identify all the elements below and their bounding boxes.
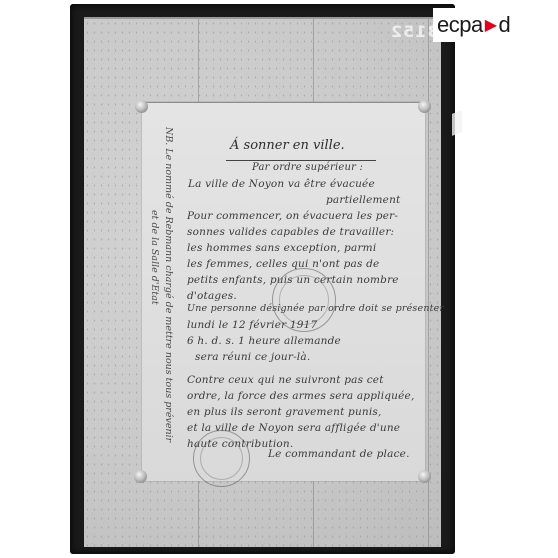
body-line: sera réuni ce jour-là. <box>195 351 310 363</box>
plate-edge-chip <box>452 110 462 136</box>
pin-bottom-left-icon <box>134 470 147 483</box>
body-line: les femmes, celles qui n'ont pas de <box>187 258 379 270</box>
document-title: Á sonner en ville. <box>230 138 345 153</box>
body-line: les hommes sans exception, parmi <box>187 242 376 254</box>
body-line: sonnes valides capables de travailler: <box>187 226 394 238</box>
pin-bottom-right-icon <box>418 470 431 483</box>
pin-top-right-icon <box>418 100 431 113</box>
body-line: 6 h. d. s. 1 heure allemande <box>187 335 341 347</box>
ecpad-logo: ecpa ▶ d <box>433 8 558 42</box>
body-line: Contre ceux qui ne suivront pas cet <box>187 374 384 386</box>
logo-text-right: d <box>499 12 511 38</box>
pin-top-left-icon <box>135 100 148 113</box>
body-line: Une personne désignée par ordre doit se … <box>187 303 444 314</box>
document-subtitle: Par ordre supérieur : <box>252 162 363 173</box>
margin-note-vertical-2: et de la Salle d'Etat <box>149 210 160 305</box>
body-line: La ville de Noyon va être évacuée <box>188 178 375 190</box>
body-line: ordre, la force des armes sera appliquée… <box>187 390 415 402</box>
circular-stamp-bottom <box>193 430 250 487</box>
play-arrow-icon: ▶ <box>485 15 497 35</box>
body-line: en plus ils seront gravement punis, <box>187 406 382 418</box>
margin-note-vertical: NB. Le nommé de Rebmann chargé de mettre… <box>163 127 174 442</box>
body-line: lundi le 12 février 1917 <box>187 319 317 331</box>
body-line: d'otages. <box>187 290 237 302</box>
logo-text-left: ecpa <box>437 12 483 38</box>
signature: Le commandant de place. <box>268 448 410 460</box>
title-underline <box>226 160 376 161</box>
body-line: partiellement <box>326 194 400 206</box>
body-line: Pour commencer, on évacuera les per- <box>187 210 398 222</box>
